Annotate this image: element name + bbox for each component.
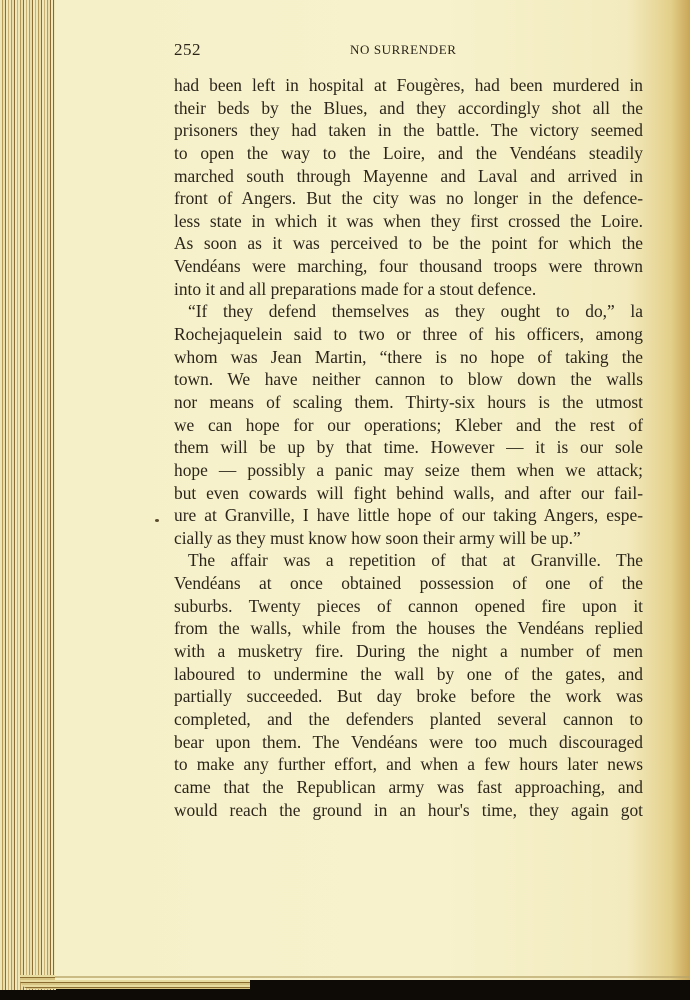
text-line: As soon as it was perceived to be the po… [174, 232, 643, 255]
text-line: partially succeeded. But day broke befor… [174, 685, 643, 708]
text-line: them will be up by that time. However — … [174, 436, 643, 459]
paper-speck [155, 519, 159, 522]
text-line: Vendéans at once obtained possession of … [174, 572, 643, 595]
paragraph-3: The affair was a repetition of that at G… [174, 549, 643, 821]
text-line: but even cowards will fight behind walls… [174, 482, 643, 505]
text-line: marched south through Mayenne and Laval … [174, 165, 643, 188]
text-line: The affair was a repetition of that at G… [174, 549, 643, 572]
text-line: to open the way to the Loire, and the Ve… [174, 142, 643, 165]
text-line: Rochejaquelein said to two or three of h… [174, 323, 643, 346]
text-line: nor means of scaling them. Thirty-six ho… [174, 391, 643, 414]
text-line: prisoners they had taken in the battle. … [174, 119, 643, 142]
text-line: cially as they must know how soon their … [174, 527, 643, 550]
book-page: 252 NO SURRENDER had been left in hospit… [55, 0, 690, 980]
text-line: less state in which it was when they fir… [174, 210, 643, 233]
text-line: from the walls, while from the houses th… [174, 617, 643, 640]
text-line: Vendéans were marching, four thousand tr… [174, 255, 643, 278]
text-line: bear upon them. The Vendéans were too mu… [174, 731, 643, 754]
text-line: with a musketry fire. During the night a… [174, 640, 643, 663]
text-line: town. We have neither cannon to blow dow… [174, 368, 643, 391]
text-line: we can hope for our operations; Kleber a… [174, 414, 643, 437]
body-text: had been left in hospital at Fougères, h… [174, 74, 643, 821]
text-line: laboured to undermine the wall by one of… [174, 663, 643, 686]
text-line: ure at Granville, I have little hope of … [174, 504, 643, 527]
page-number: 252 [174, 40, 201, 60]
paragraph-2: “If they defend themselves as they ought… [174, 300, 643, 549]
text-line: into it and all preparations made for a … [174, 278, 643, 301]
text-line: would reach the ground in an hour's time… [174, 799, 643, 822]
text-line: hope — possibly a panic may seize them w… [174, 459, 643, 482]
running-head: 252 NO SURRENDER [174, 40, 644, 60]
text-line: came that the Republican army was fast a… [174, 776, 643, 799]
text-line: whom was Jean Martin, “there is no hope … [174, 346, 643, 369]
text-line: their beds by the Blues, and they accord… [174, 97, 643, 120]
text-line: completed, and the defenders planted sev… [174, 708, 643, 731]
text-line: to make any further effort, and when a f… [174, 753, 643, 776]
text-line: suburbs. Twenty pieces of cannon opened … [174, 595, 643, 618]
text-line: front of Angers. But the city was no lon… [174, 187, 643, 210]
stacked-page-edges [0, 0, 56, 990]
text-line: had been left in hospital at Fougères, h… [174, 74, 643, 97]
paragraph-1: had been left in hospital at Fougères, h… [174, 74, 643, 300]
running-title: NO SURRENDER [350, 42, 457, 58]
book-scan: 252 NO SURRENDER had been left in hospit… [0, 0, 690, 1000]
text-line: “If they defend themselves as they ought… [174, 300, 643, 323]
